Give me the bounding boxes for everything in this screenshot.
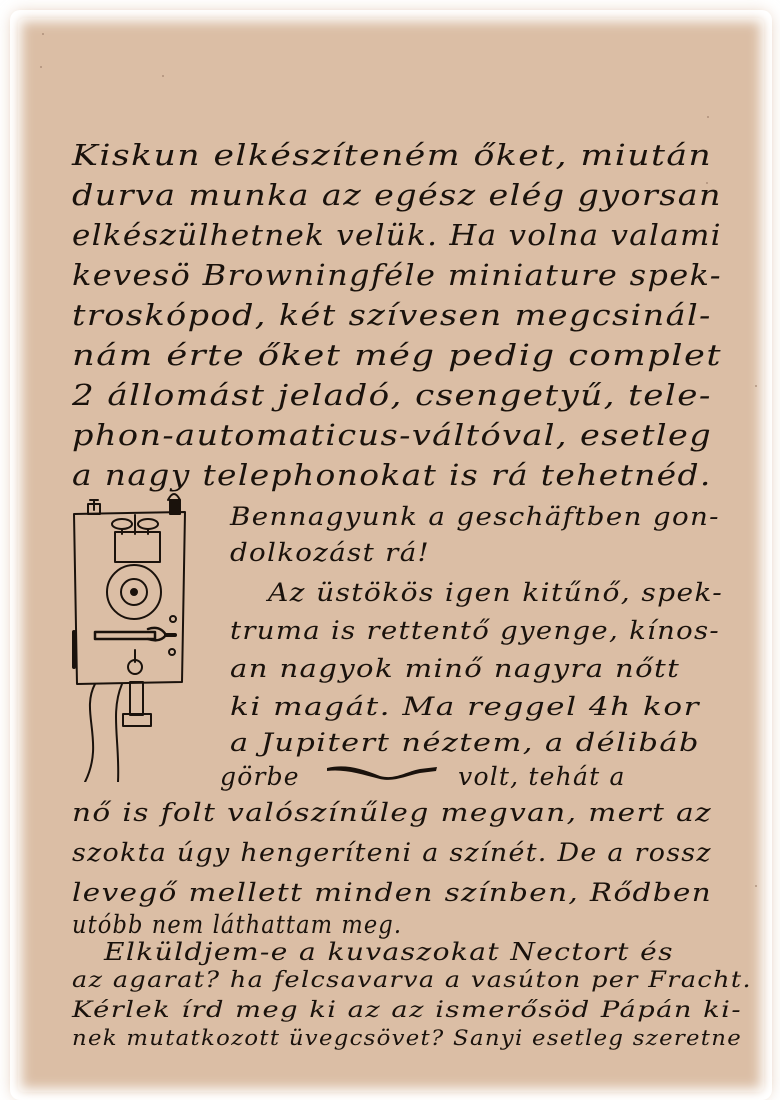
letter-line: durva munka az egész elég gyorsan <box>72 178 722 212</box>
letter-line: nek mutatkozott üvegcsövet? Sanyi esetle… <box>72 1026 742 1050</box>
terminal-icon <box>88 500 100 514</box>
letter-line: Az üstökös igen kitűnő, spek- <box>268 578 723 607</box>
letter-line: Kérlek írd meg ki az az ismerősöd Pápán … <box>72 998 742 1023</box>
letter-line: nő is folt valószínűleg megvan, mert az <box>72 798 712 827</box>
wall-telephone-drawing <box>60 482 210 782</box>
letter-line: truma is rettentő gyenge, kínos- <box>230 616 720 645</box>
letter-line: phon-automaticus-váltóval, esetleg <box>72 418 712 452</box>
terminal-icon <box>168 494 180 514</box>
word-gorbe: görbe <box>220 762 300 791</box>
paper-speck <box>162 75 164 77</box>
letter-line: az agarat? ha felcsavarva a vasúton per … <box>72 968 752 993</box>
letter-line: an nagyok minő nagyra nőtt <box>230 654 680 683</box>
letter-line: 2 állomást jeladó, csengetyű, tele- <box>72 378 712 412</box>
letter-line: Bennagyunk a geschäftben gon- <box>230 502 720 531</box>
letter-line: dolkozást rá! <box>230 538 430 567</box>
letter-line: szokta úgy hengeríteni a színét. De a ro… <box>72 838 712 867</box>
letter-line: Kiskun elkészíteném őket, miután <box>72 138 712 172</box>
letter-line: elkészülhetnek velük. Ha volna valami <box>72 218 722 252</box>
paper-speck <box>707 116 709 118</box>
letter-line: kevesö Browningféle miniature spek- <box>72 258 722 292</box>
letter-line: ki magát. Ma reggel 4h kor <box>230 692 700 721</box>
paper-speck <box>42 33 44 35</box>
wavy-line-drawing <box>325 760 440 782</box>
letter-line: utóbb nem láthattam meg. <box>72 910 402 939</box>
paper-speck <box>755 385 757 387</box>
paper-speck <box>40 66 42 68</box>
letter-line: troskópod, két szívesen megcsinál- <box>72 298 712 332</box>
word-volt: volt, tehát a <box>458 762 625 791</box>
letter-line: Elküldjem-e a kuvaszokat Nectort és <box>104 938 674 966</box>
paper-speck <box>755 885 757 887</box>
letter-line: a Jupitert néztem, a délibáb <box>230 728 700 757</box>
letter-line: levegő mellett minden színben, Rődben <box>72 878 712 907</box>
letter-line: nám érte őket még pedig complet <box>72 338 722 372</box>
